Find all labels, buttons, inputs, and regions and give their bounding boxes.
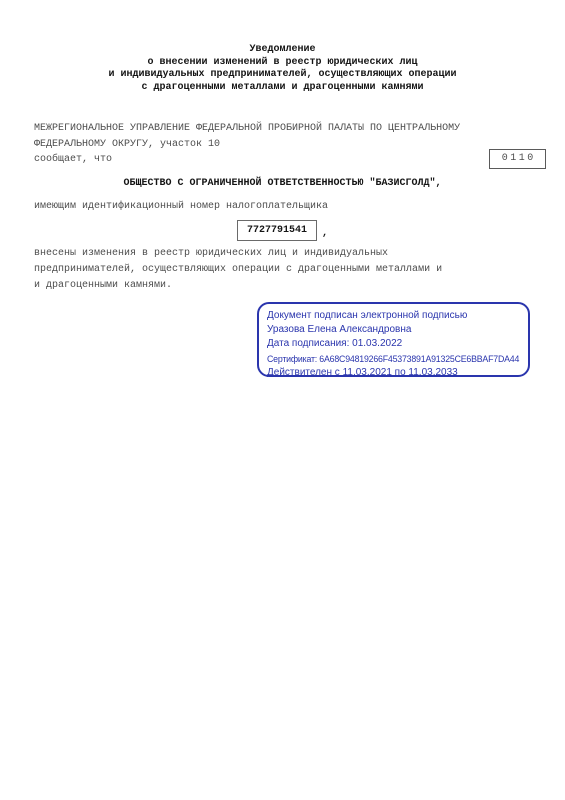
- inn-box: 7727791541: [237, 220, 317, 241]
- inn-value: 7727791541: [247, 225, 307, 236]
- notifies-text: сообщает, что: [34, 154, 112, 165]
- certificate: Сертификат: 6A68C94819266F45373891A91325…: [267, 352, 524, 366]
- inn-label: имеющим идентификационный номер налогопл…: [34, 201, 328, 212]
- body-line: и драгоценными камнями.: [34, 278, 534, 294]
- title-line: и индивидуальных предпринимателей, осуще…: [0, 69, 565, 82]
- title-line: о внесении изменений в реестр юридически…: [0, 57, 565, 70]
- inn-row: 7727791541 ,: [0, 220, 565, 241]
- inn-comma: ,: [322, 228, 328, 241]
- signing-date: Дата подписания: 01.03.2022: [267, 337, 524, 351]
- notification-title: Уведомление о внесении изменений в реест…: [0, 44, 565, 94]
- body-line: внесены изменения в реестр юридических л…: [34, 246, 534, 262]
- document-page: Уведомление о внесении изменений в реест…: [0, 0, 565, 800]
- body-line: предпринимателей, осуществляющих операци…: [34, 262, 534, 278]
- company-name: ОБЩЕСТВО С ОГРАНИЧЕННОЙ ОТВЕТСТВЕННОСТЬЮ…: [0, 178, 565, 189]
- signer-name: Уразова Елена Александровна: [267, 323, 524, 337]
- issuing-authority-line: МЕЖРЕГИОНАЛЬНОЕ УПРАВЛЕНИЕ ФЕДЕРАЛЬНОЙ П…: [34, 121, 504, 137]
- issuing-authority: МЕЖРЕГИОНАЛЬНОЕ УПРАВЛЕНИЕ ФЕДЕРАЛЬНОЙ П…: [34, 121, 504, 153]
- form-code: 0110: [502, 153, 536, 164]
- validity-period: Действителен с 11.03.2021 по 11.03.2033: [267, 366, 524, 380]
- title-line: с драгоценными металлами и драгоценными …: [0, 82, 565, 95]
- signature-stamp: Документ подписан электронной подписью У…: [257, 302, 530, 377]
- stamp-title: Документ подписан электронной подписью: [267, 309, 524, 323]
- title-line: Уведомление: [0, 44, 565, 57]
- notification-body: внесены изменения в реестр юридических л…: [34, 246, 534, 294]
- issuing-authority-line: ФЕДЕРАЛЬНОМУ ОКРУГУ, участок 10: [34, 137, 504, 153]
- form-code-box: 0110: [489, 149, 546, 169]
